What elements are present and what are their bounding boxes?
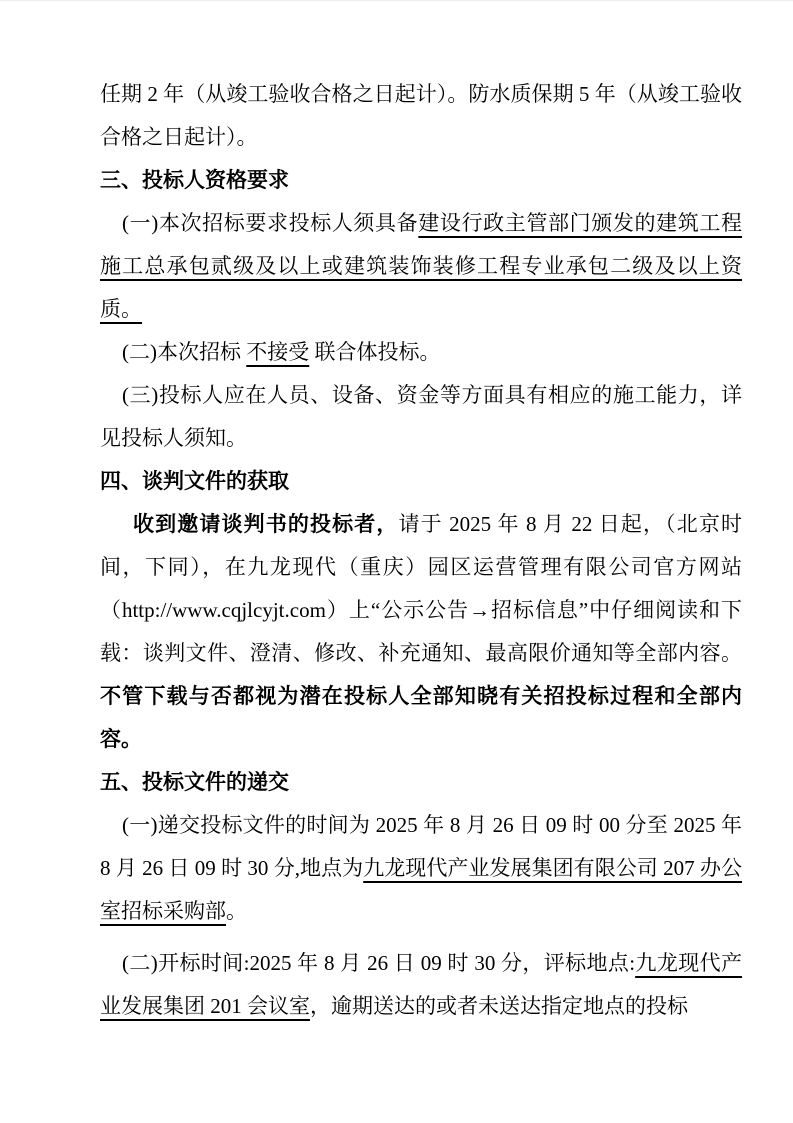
bold-text: 三、投标人资格要求 [100, 168, 289, 192]
bold-text: 四、谈判文件的获取 [100, 469, 289, 493]
text-run: ，逾期送达的或者未送达指定地点的投标 [310, 994, 688, 1018]
document-page: 任期 2 年（从竣工验收合格之日起计）。防水质保期 5 年（从竣工验收合格之日起… [0, 1, 793, 1123]
text-run: 。 [226, 899, 247, 923]
body-paragraph: 任期 2 年（从竣工验收合格之日起计）。防水质保期 5 年（从竣工验收合格之日起… [100, 73, 742, 159]
section-heading: 三、投标人资格要求 [100, 159, 742, 202]
section-heading: 四、谈判文件的获取 [100, 460, 742, 503]
text-run: (三)投标人应在人员、设备、资金等方面具有相应的施工能力，详见投标人须知。 [100, 383, 742, 450]
body-paragraph: (二)本次招标 不接受 联合体投标。 [100, 331, 742, 374]
text-run: 任期 2 年（从竣工验收合格之日起计）。防水质保期 5 年（从竣工验收合格之日起… [100, 82, 742, 149]
underlined-text: 不接受 [246, 340, 309, 364]
text-run: 联合体投标。 [309, 340, 440, 364]
text-run: (一)本次招标要求投标人须具备 [122, 211, 418, 235]
bold-text: 五、投标文件的递交 [100, 770, 289, 794]
body-paragraph: (一)递交投标文件的时间为 2025 年 8 月 26 日 09 时 00 分至… [100, 804, 742, 933]
text-run: (二)本次招标 [122, 340, 246, 364]
body-paragraph: (一)本次招标要求投标人须具备建设行政主管部门颁发的建筑工程施工总承包贰级及以上… [100, 202, 742, 331]
bold-text: 收到邀请谈判书的投标者， [133, 512, 399, 536]
body-paragraph: 收到邀请谈判书的投标者，请于 2025 年 8 月 22 日起，（北京时间，下同… [100, 503, 742, 761]
bold-text: 不管下载与否都视为潜在投标人全部知晓有关招投标过程和全部内容。 [100, 684, 742, 751]
text-run: (二)开标时间:2025 年 8 月 26 日 09 时 30 分，评标地点: [122, 951, 635, 975]
document-body: 任期 2 年（从竣工验收合格之日起计）。防水质保期 5 年（从竣工验收合格之日起… [100, 73, 742, 1028]
body-paragraph: (三)投标人应在人员、设备、资金等方面具有相应的施工能力，详见投标人须知。 [100, 374, 742, 460]
section-heading: 五、投标文件的递交 [100, 761, 742, 804]
body-paragraph: (二)开标时间:2025 年 8 月 26 日 09 时 30 分，评标地点:九… [100, 942, 742, 1028]
